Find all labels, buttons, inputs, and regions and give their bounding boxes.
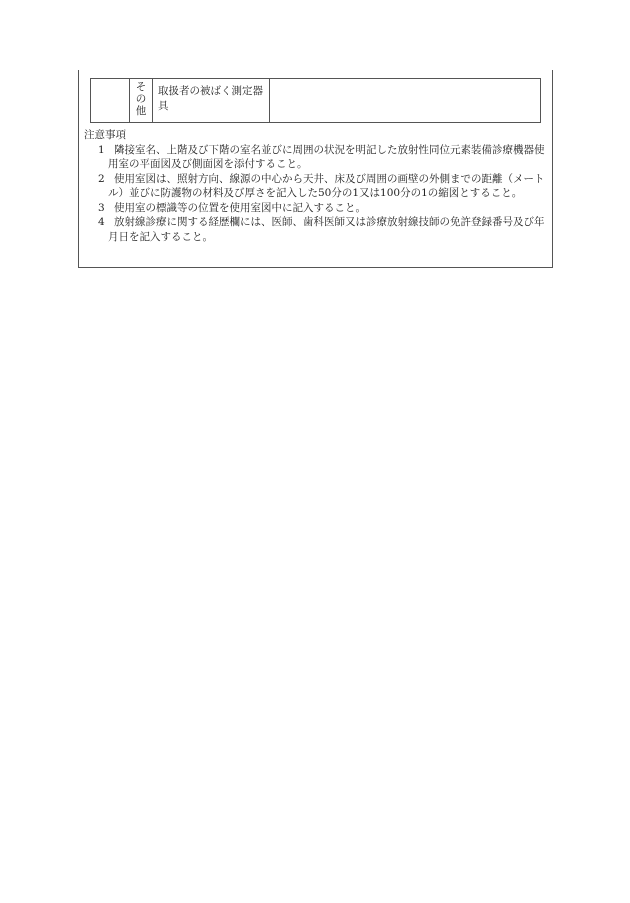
notes-section: 注意事項 1隣接室名、上階及び下階の室名並びに周囲の状況を明記した放射性同位元素…	[84, 128, 550, 244]
table-cell-item: 取扱者の被ばく測定器具	[153, 79, 270, 122]
note-number: 3	[98, 201, 114, 216]
equipment-table: その他 取扱者の被ばく測定器具	[90, 78, 541, 123]
table-cell-value[interactable]	[270, 79, 540, 122]
table-cell-category: その他	[130, 79, 153, 122]
category-label: その他	[135, 81, 147, 117]
item-label: 取扱者の被ばく測定器具	[153, 79, 269, 114]
note-number: 1	[98, 143, 114, 158]
note-number: 4	[98, 215, 114, 230]
note-text: 使用室の標識等の位置を使用室図中に記入すること。	[114, 202, 366, 214]
note-number: 2	[98, 172, 114, 187]
note-text: 使用室図は、照射方向、線源の中心から天井、床及び周囲の画壁の外側までの距離（メー…	[108, 173, 545, 200]
note-text: 放射線診療に関する経歴欄には、医師、歯科医師又は診療放射線技師の免許登録番号及び…	[108, 216, 545, 243]
notes-title: 注意事項	[84, 128, 550, 143]
note-item: 3使用室の標識等の位置を使用室図中に記入すること。	[94, 201, 550, 216]
table-cell-blank	[91, 79, 130, 122]
note-item: 1隣接室名、上階及び下階の室名並びに周囲の状況を明記した放射性同位元素装備診療機…	[94, 143, 550, 172]
note-text: 隣接室名、上階及び下階の室名並びに周囲の状況を明記した放射性同位元素装備診療機器…	[108, 144, 545, 171]
note-item: 4放射線診療に関する経歴欄には、医師、歯科医師又は診療放射線技師の免許登録番号及…	[94, 215, 550, 244]
note-item: 2使用室図は、照射方向、線源の中心から天井、床及び周囲の画壁の外側までの距離（メ…	[94, 172, 550, 201]
